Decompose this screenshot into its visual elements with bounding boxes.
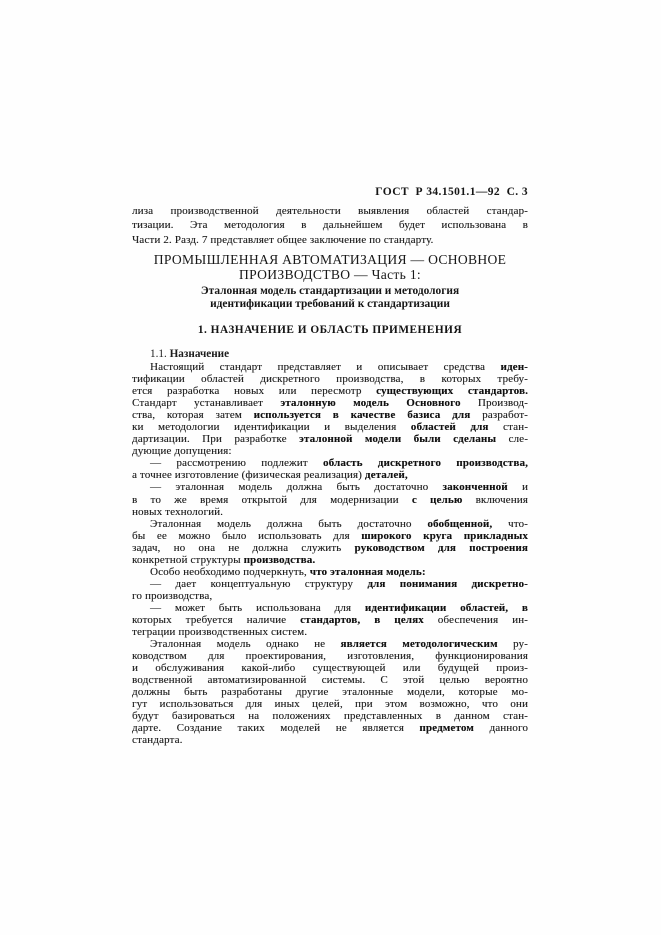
text-line: Настоящий стандарт представляет и описыв… bbox=[132, 361, 528, 373]
intro-line: тизации. Эта методология в дальнейшем бу… bbox=[132, 218, 528, 232]
paragraph: Настоящий стандарт представляет и описыв… bbox=[132, 361, 528, 457]
paragraph: Эталонная модель однако не является мето… bbox=[132, 638, 528, 746]
text-line: ки методологии идентификации и выделения… bbox=[132, 421, 528, 433]
text-line: которых требуется наличие стандартов, в … bbox=[132, 614, 528, 626]
document-subtitle-line-2: идентификации требований к стандартизаци… bbox=[132, 298, 528, 310]
text-line: будут базироваться на положениях предста… bbox=[132, 710, 528, 722]
text-line: стандарта. bbox=[132, 734, 528, 746]
subsection-title: Назначение bbox=[170, 348, 230, 360]
text-line: дартизации. При разработке эталонной мод… bbox=[132, 433, 528, 445]
text-line: и обслуживания какой-либо существующей и… bbox=[132, 662, 528, 674]
text-line: гут использоваться для иных целей, при э… bbox=[132, 698, 528, 710]
text-line: дующие допущения: bbox=[132, 445, 528, 457]
text-line: ства, которая затем используется в качес… bbox=[132, 409, 528, 421]
text-line: тификации областей дискретного производс… bbox=[132, 373, 528, 385]
text-line: новых технологий. bbox=[132, 506, 528, 518]
intro-line: лиза производственной деятельности выявл… bbox=[132, 204, 528, 218]
paragraph: — может быть использована для идентифика… bbox=[132, 602, 528, 638]
paragraph: Эталонная модель должна быть достаточно … bbox=[132, 518, 528, 566]
intro-line: Части 2. Разд. 7 представляет общее закл… bbox=[132, 233, 528, 247]
document-subtitle-line-1: Эталонная модель стандартизации и методо… bbox=[132, 285, 528, 297]
text-line: бы ее можно было использовать для широко… bbox=[132, 530, 528, 542]
text-line: а точнее изготовление (физическая реализ… bbox=[132, 469, 528, 481]
text-line: задач, но она не должна служить руководс… bbox=[132, 542, 528, 554]
text-line: Эталонная модель должна быть достаточно … bbox=[132, 518, 528, 530]
text-line: дарте. Создание таких моделей не являетс… bbox=[132, 722, 528, 734]
paragraph: — рассмотрению подлежит область дискретн… bbox=[132, 457, 528, 481]
text-line: конкретной структуры производства. bbox=[132, 554, 528, 566]
text-line: в то же время открытой для модернизации … bbox=[132, 494, 528, 506]
text-line: должны быть разработаны другие эталонные… bbox=[132, 686, 528, 698]
paragraph: — дает концептуальную структуру для пони… bbox=[132, 578, 528, 602]
paragraph: — эталонная модель должна быть достаточн… bbox=[132, 481, 528, 517]
text-line: Эталонная модель однако не является мето… bbox=[132, 638, 528, 650]
text-line: теграции производственных систем. bbox=[132, 626, 528, 638]
text-line: — может быть использована для идентифика… bbox=[132, 602, 528, 614]
paragraph: Особо необходимо подчеркнуть, что эталон… bbox=[132, 566, 528, 578]
text-line: водственной автоматизированной системы. … bbox=[132, 674, 528, 686]
text-line: — рассмотрению подлежит область дискретн… bbox=[132, 457, 528, 469]
text-line: ется разработка новых или пересмотр суще… bbox=[132, 385, 528, 397]
text-line: — эталонная модель должна быть достаточн… bbox=[132, 481, 528, 493]
text-line: Стандарт устанавливает эталонную модель … bbox=[132, 397, 528, 409]
text-line: ководством для проектирования, изготовле… bbox=[132, 650, 528, 662]
intro-paragraph: лиза производственной деятельности выявл… bbox=[132, 204, 528, 247]
subsection-heading: 1.1. Назначение bbox=[132, 348, 528, 360]
document-title-line-1: ПРОМЫШЛЕННАЯ АВТОМАТИЗАЦИЯ — ОСНОВНОЕ bbox=[132, 252, 528, 268]
text-line: — дает концептуальную структуру для пони… bbox=[132, 578, 528, 590]
document-page: ГОСТ Р 34.1501.1—92 С. 3 лиза производст… bbox=[0, 0, 661, 935]
subsection-number: 1.1. bbox=[150, 348, 167, 360]
section-heading: 1. НАЗНАЧЕНИЕ И ОБЛАСТЬ ПРИМЕНЕНИЯ bbox=[132, 324, 528, 336]
text-line: Особо необходимо подчеркнуть, что эталон… bbox=[132, 566, 528, 578]
document-title-line-2: ПРОИЗВОДСТВО — Часть 1: bbox=[132, 267, 528, 283]
page-header: ГОСТ Р 34.1501.1—92 С. 3 bbox=[132, 186, 528, 198]
text-line: го производства, bbox=[132, 590, 528, 602]
document-body: Настоящий стандарт представляет и описыв… bbox=[132, 361, 528, 747]
